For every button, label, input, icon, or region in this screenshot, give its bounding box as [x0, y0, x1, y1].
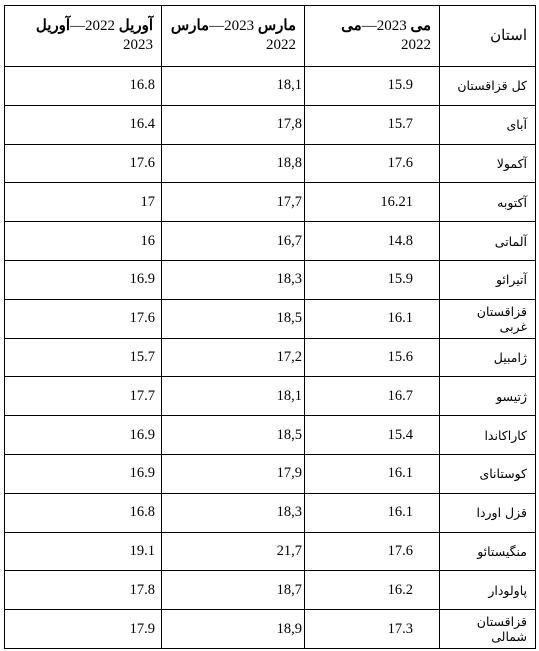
- march-value-cell: 18,1: [162, 67, 305, 106]
- may-value-cell: 15.4: [305, 416, 440, 455]
- header-year: 2023—: [362, 18, 407, 34]
- march-value-cell: 18,9: [162, 610, 305, 649]
- header-year: 2022: [266, 37, 296, 53]
- table-row: آتیرائو 15.9 18,3 16.9: [5, 260, 536, 299]
- april-value-cell: 19.1: [5, 532, 162, 571]
- header-month: می: [410, 18, 431, 34]
- province-cell: آکتوبه: [440, 183, 536, 222]
- province-cell: آتیرائو: [440, 260, 536, 299]
- april-value-cell: 16.9: [5, 416, 162, 455]
- header-month: آوریل: [119, 18, 153, 34]
- header-april-period: آوریل 2022—آوریل 2023: [5, 6, 162, 67]
- april-value-cell: 17.8: [5, 571, 162, 610]
- may-value-cell: 16.7: [305, 377, 440, 416]
- table-row: قزل اوردا 16.1 18,3 16.8: [5, 493, 536, 532]
- may-value-cell: 17.3: [305, 610, 440, 649]
- may-value-cell: 16.1: [305, 299, 440, 338]
- may-value-cell: 15.7: [305, 105, 440, 144]
- header-year: 2022: [401, 37, 431, 53]
- april-value-cell: 16.8: [5, 493, 162, 532]
- table-row: منگیستائو 17.6 21,7 19.1: [5, 532, 536, 571]
- header-month: مارس: [258, 18, 296, 34]
- province-data-table: استان می 2023—می 2022 مارس 2023—مارس 202…: [4, 5, 536, 649]
- may-value-cell: 15.9: [305, 260, 440, 299]
- march-value-cell: 18,1: [162, 377, 305, 416]
- province-cell: ژتیسو: [440, 377, 536, 416]
- april-value-cell: 17: [5, 183, 162, 222]
- table-row: کاراکاندا 15.4 18,5 16.9: [5, 416, 536, 455]
- april-value-cell: 17.9: [5, 610, 162, 649]
- table-row: ژتیسو 16.7 18,1 17.7: [5, 377, 536, 416]
- header-province: استان: [440, 6, 536, 67]
- march-value-cell: 18,8: [162, 144, 305, 183]
- header-may-period: می 2023—می 2022: [305, 6, 440, 67]
- may-value-cell: 16.1: [305, 493, 440, 532]
- province-cell: آلماتی: [440, 222, 536, 261]
- table-row: آکمولا 17.6 18,8 17.6: [5, 144, 536, 183]
- table-row: کوستانای 16.1 17,9 16.9: [5, 454, 536, 493]
- april-value-cell: 16.9: [5, 260, 162, 299]
- table-row: قزاقستان غربی 16.1 18,5 17.6: [5, 299, 536, 338]
- province-cell: قزاقستان غربی: [440, 299, 536, 338]
- header-year: 2023: [123, 37, 153, 53]
- april-value-cell: 17.7: [5, 377, 162, 416]
- table-row: کل قزاقستان 15.9 18,1 16.8: [5, 67, 536, 106]
- province-cell: ژامبیل: [440, 338, 536, 377]
- table-row: ژامبیل 15.6 17,2 15.7: [5, 338, 536, 377]
- province-cell: کاراکاندا: [440, 416, 536, 455]
- province-cell: قزاقستان شمالی: [440, 610, 536, 649]
- table-row: پاولودار 16.2 18,7 17.8: [5, 571, 536, 610]
- march-value-cell: 17,7: [162, 183, 305, 222]
- header-month: آوریل: [36, 18, 70, 34]
- march-value-cell: 17,8: [162, 105, 305, 144]
- march-value-cell: 18,5: [162, 299, 305, 338]
- april-value-cell: 16.8: [5, 67, 162, 106]
- march-value-cell: 18,3: [162, 493, 305, 532]
- province-cell: منگیستائو: [440, 532, 536, 571]
- province-cell: کوستانای: [440, 454, 536, 493]
- march-value-cell: 17,9: [162, 454, 305, 493]
- march-value-cell: 18,5: [162, 416, 305, 455]
- province-cell: قزل اوردا: [440, 493, 536, 532]
- province-cell: پاولودار: [440, 571, 536, 610]
- april-value-cell: 15.7: [5, 338, 162, 377]
- table-row: آبای 15.7 17,8 16.4: [5, 105, 536, 144]
- header-year: 2022—: [70, 18, 115, 34]
- province-cell: کل قزاقستان: [440, 67, 536, 106]
- april-value-cell: 16.9: [5, 454, 162, 493]
- header-year: 2023—: [209, 18, 254, 34]
- may-value-cell: 16.21: [305, 183, 440, 222]
- may-value-cell: 17.6: [305, 532, 440, 571]
- header-row: استان می 2023—می 2022 مارس 2023—مارس 202…: [5, 6, 536, 67]
- header-month: می: [341, 18, 362, 34]
- province-cell: آبای: [440, 105, 536, 144]
- may-value-cell: 17.6: [305, 144, 440, 183]
- province-cell: آکمولا: [440, 144, 536, 183]
- march-value-cell: 21,7: [162, 532, 305, 571]
- header-march-period: مارس 2023—مارس 2022: [162, 6, 305, 67]
- march-value-cell: 18,3: [162, 260, 305, 299]
- april-value-cell: 16: [5, 222, 162, 261]
- table-row: آکتوبه 16.21 17,7 17: [5, 183, 536, 222]
- may-value-cell: 16.2: [305, 571, 440, 610]
- table-row: قزاقستان شمالی 17.3 18,9 17.9: [5, 610, 536, 649]
- table-row: آلماتی 14.8 16,7 16: [5, 222, 536, 261]
- header-month: مارس: [171, 18, 209, 34]
- may-value-cell: 15.6: [305, 338, 440, 377]
- may-value-cell: 15.9: [305, 67, 440, 106]
- march-value-cell: 18,7: [162, 571, 305, 610]
- may-value-cell: 14.8: [305, 222, 440, 261]
- march-value-cell: 16,7: [162, 222, 305, 261]
- march-value-cell: 17,2: [162, 338, 305, 377]
- april-value-cell: 16.4: [5, 105, 162, 144]
- may-value-cell: 16.1: [305, 454, 440, 493]
- april-value-cell: 17.6: [5, 144, 162, 183]
- april-value-cell: 17.6: [5, 299, 162, 338]
